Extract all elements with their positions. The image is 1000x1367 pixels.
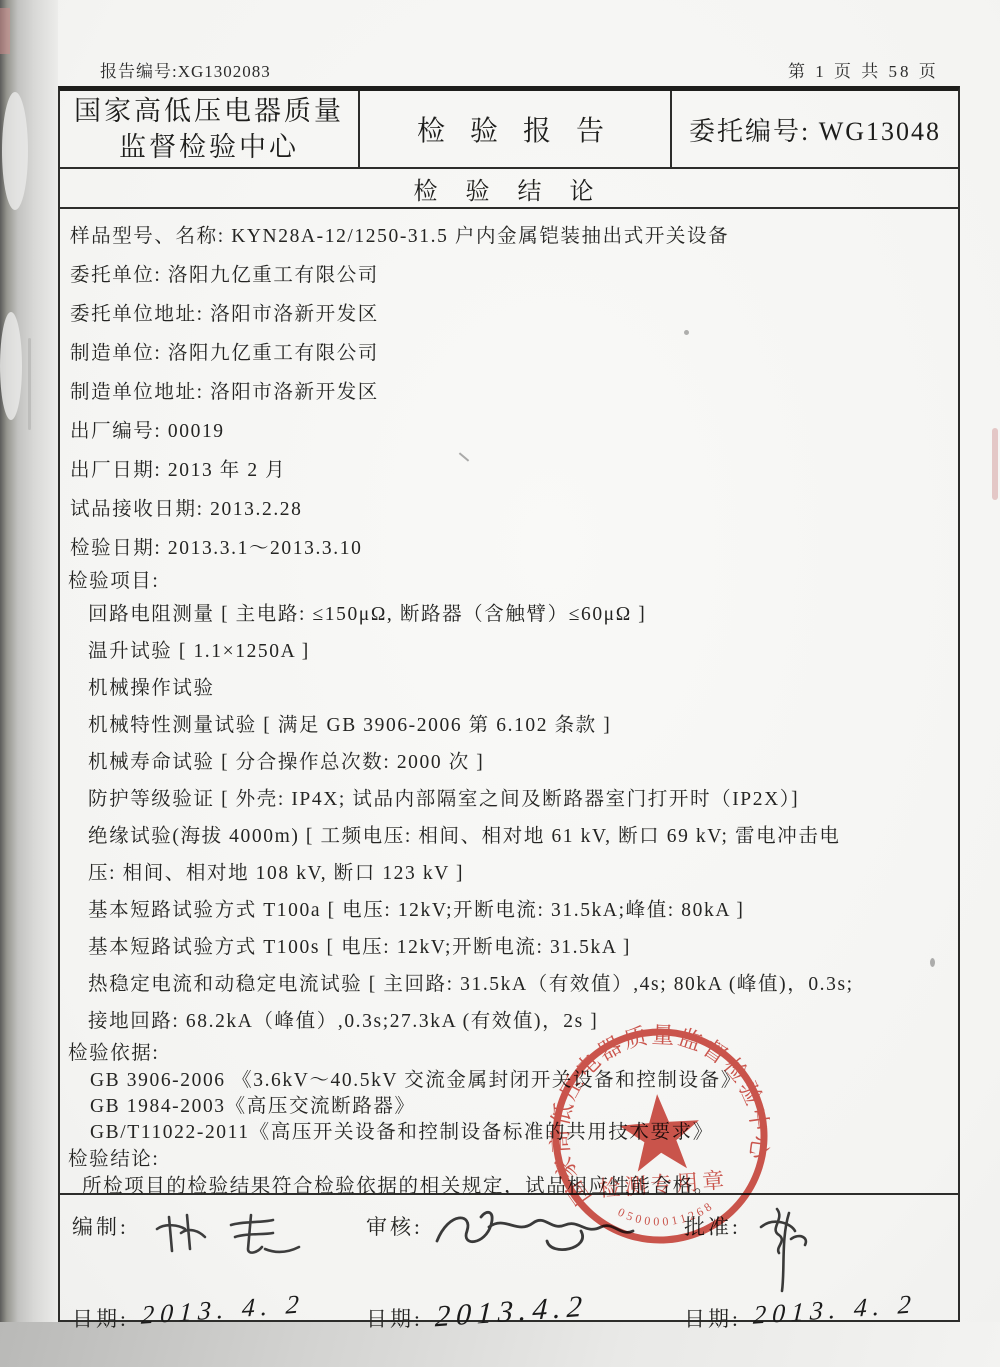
report-line: 出厂编号: 00019 xyxy=(60,409,958,448)
signature-line: 编制: 审核: xyxy=(60,1199,958,1297)
report-line: 回路电阻测量 [ 主电路: ≤150μΩ, 断路器（含触臂）≤60μΩ ] xyxy=(60,593,958,630)
prepared-date-block: 日期: 2013. 4. 2 xyxy=(60,1291,360,1333)
report-line: 样品型号、名称: KYN28A-12/1250-31.5 户内金属铠装抽出式开关… xyxy=(60,214,958,253)
report-line: 压: 相间、相对地 108 kV, 断口 123 kV ] xyxy=(60,852,958,889)
report-line: GB 1984-2003《高压交流断路器》 xyxy=(60,1091,958,1117)
report-line: 制造单位地址: 洛阳市洛新开发区 xyxy=(60,370,958,409)
commission-number-cell: 委托编号: WG13048 xyxy=(672,91,958,167)
date-label: 日期: xyxy=(684,1291,741,1333)
report-line: GB/T11022-2011《高压开关设备和控制设备标准的共用技术要求》 xyxy=(60,1117,958,1143)
seal-serial: 05000011268 xyxy=(615,1197,718,1232)
report-line: 机械特性测量试验 [ 满足 GB 3906-2006 第 6.102 条款 ] xyxy=(60,704,958,741)
report-line: 绝缘试验(海拔 4000m) [ 工频电压: 相间、相对地 61 kV, 断口 … xyxy=(60,815,958,852)
report-line: 试品接收日期: 2013.2.28 xyxy=(60,487,958,526)
date-line: 日期: 2013. 4. 2 日期: 2013.4.2 日期: 2013. 4.… xyxy=(60,1291,958,1333)
report-line: 机械操作试验 xyxy=(60,667,958,704)
report-line: 委托单位地址: 洛阳市洛新开发区 xyxy=(60,292,958,331)
scan-edge-band xyxy=(0,0,58,1367)
prepared-signature xyxy=(135,1199,321,1265)
reviewed-label: 审核: xyxy=(366,1199,423,1241)
scan-artifact xyxy=(0,312,22,420)
prepared-date: 2013. 4. 2 xyxy=(140,1289,305,1331)
org-name-line1: 国家高低压电器质量 xyxy=(74,93,344,129)
scan-artifact xyxy=(0,8,10,54)
issuing-org-cell: 国家高低压电器质量 监督检验中心 xyxy=(60,91,360,167)
date-label: 日期: xyxy=(366,1291,423,1333)
report-line: 检验依据: xyxy=(60,1037,958,1065)
seal-label: 检测专用章 xyxy=(598,1167,729,1201)
scanned-report-page: 报告编号:XG1302083 第 1 页 共 58 页 国家高低压电器质量 监督… xyxy=(0,0,1000,1367)
report-line: 基本短路试验方式 T100s [ 电压: 12kV;开断电流: 31.5kA ] xyxy=(60,926,958,963)
report-line: 防护等级验证 [ 外壳: IP4X; 试品内部隔室之间及断路器室门打开时（IP2… xyxy=(60,778,958,815)
report-line: GB 3906-2006 《3.6kV～40.5kV 交流金属封闭开关设备和控制… xyxy=(60,1065,958,1091)
org-name-line2: 监督检验中心 xyxy=(119,129,299,165)
report-line: 接地回路: 68.2kA（峰值）,0.3s;27.3kA (有效值)，2s ] xyxy=(60,1000,958,1037)
prepared-by-block: 编制: xyxy=(60,1199,360,1265)
doc-title-cell: 检 验 报 告 xyxy=(360,91,672,167)
report-line: 出厂日期: 2013 年 2 月 xyxy=(60,448,958,487)
section-title: 检 验 结 论 xyxy=(60,169,958,209)
date-label: 日期: xyxy=(72,1291,129,1333)
report-line: 委托单位: 洛阳九亿重工有限公司 xyxy=(60,253,958,292)
scan-artifact xyxy=(28,338,31,430)
report-line: 温升试验 [ 1.1×1250A ] xyxy=(60,630,958,667)
scan-artifact xyxy=(2,92,28,210)
report-line: 检验项目: xyxy=(60,565,958,593)
report-line: 检验结论: xyxy=(60,1143,958,1171)
report-line: 制造单位: 洛阳九亿重工有限公司 xyxy=(60,331,958,370)
report-header-row: 国家高低压电器质量 监督检验中心 检 验 报 告 委托编号: WG13048 xyxy=(60,91,958,169)
inspection-seal: 国家高低压电器质量监督检验中心 检测专用章 05000011268 xyxy=(538,1014,781,1257)
report-number: 报告编号:XG1302083 xyxy=(100,57,271,82)
reviewed-date: 2013.4.2 xyxy=(434,1290,588,1335)
prepared-label: 编制: xyxy=(72,1199,129,1241)
approved-date-block: 日期: 2013. 4. 2 xyxy=(678,1291,958,1333)
page-number-info: 第 1 页 共 58 页 xyxy=(788,57,939,82)
report-body: 样品型号、名称: KYN28A-12/1250-31.5 户内金属铠装抽出式开关… xyxy=(60,209,958,1193)
report-line: 基本短路试验方式 T100a [ 电压: 12kV;开断电流: 31.5kA;峰… xyxy=(60,889,958,926)
report-line: 热稳定电流和动稳定电流试验 [ 主回路: 31.5kA（有效值）,4s; 80k… xyxy=(60,963,958,1000)
report-line: 所检项目的检验结果符合检验依据的相关规定，试品相应性能合格。 xyxy=(60,1171,958,1193)
reviewed-date-block: 日期: 2013.4.2 xyxy=(360,1291,678,1333)
report-line: 机械寿命试验 [ 分合操作总次数: 2000 次 ] xyxy=(60,741,958,778)
report-table: 国家高低压电器质量 监督检验中心 检 验 报 告 委托编号: WG13048 检… xyxy=(58,86,960,1322)
signoff-row: 编制: 审核: xyxy=(60,1193,958,1320)
scan-artifact xyxy=(992,428,998,500)
report-line: 检验日期: 2013.3.1～2013.3.10 xyxy=(60,526,958,565)
approved-date: 2013. 4. 2 xyxy=(752,1289,917,1331)
seal-star xyxy=(617,1091,702,1172)
